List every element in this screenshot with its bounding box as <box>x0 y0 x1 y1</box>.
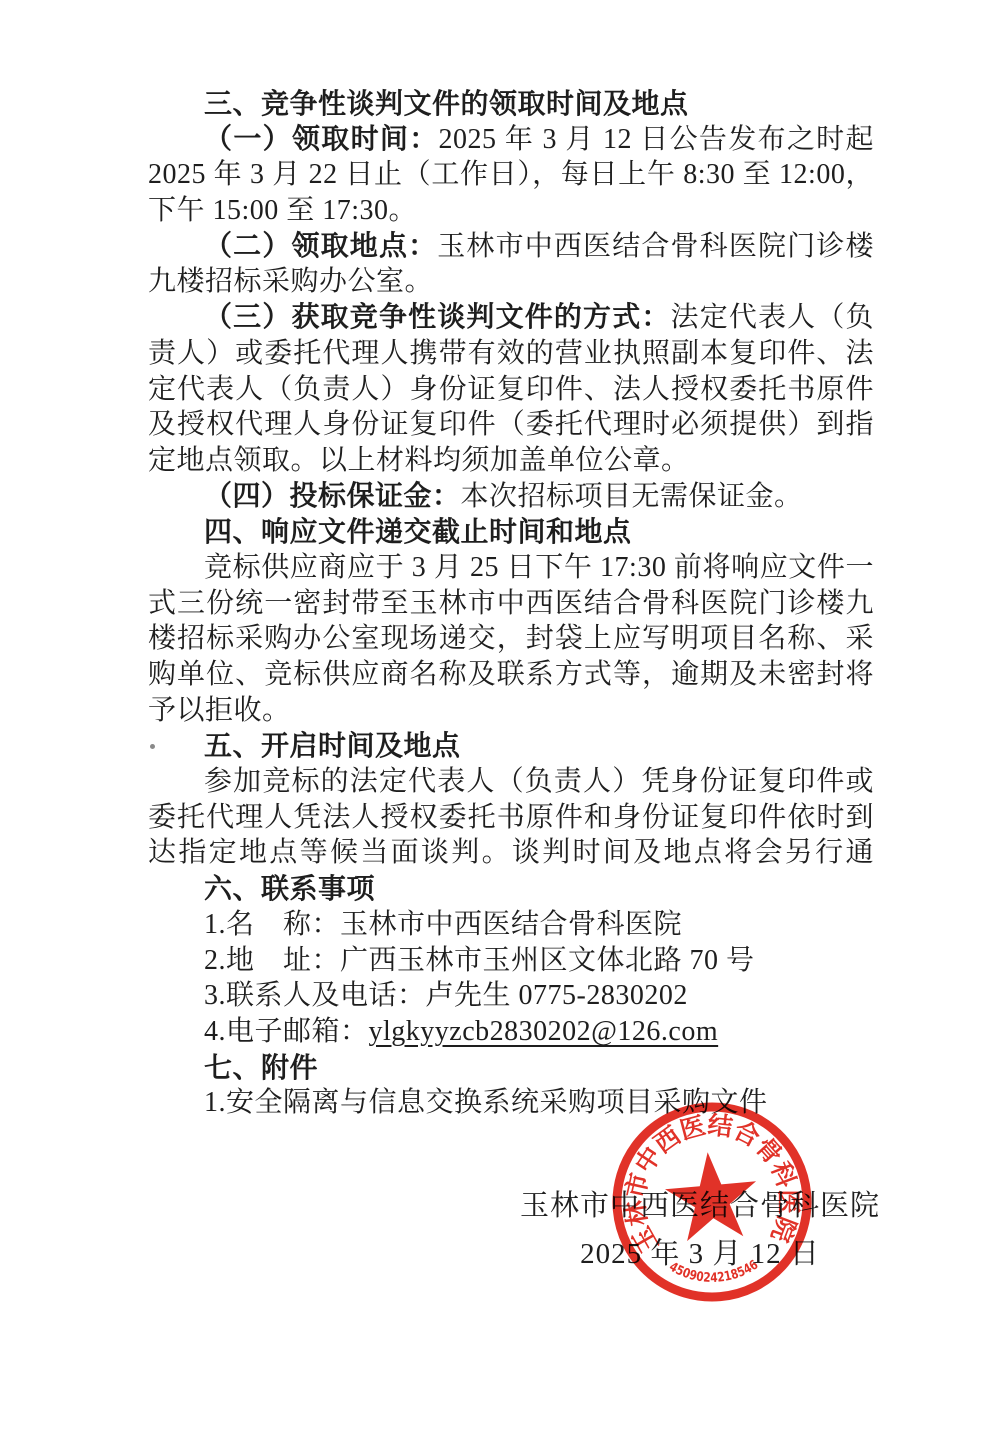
text-segment: 4.电子邮箱： <box>204 1016 369 1047</box>
text-line: 1.安全隔离与信息交换系统采购项目采购文件 <box>148 1085 874 1121</box>
text-segment: 及授权代理人身份证复印件（委托代理时必须提供）到指 <box>148 409 874 440</box>
text-line: （三）获取竞争性谈判文件的方式：法定代表人（负 <box>148 300 874 336</box>
text-line: （四）投标保证金：本次招标项目无需保证金。 <box>148 479 874 515</box>
text-line: 购单位、竞标供应商名称及联系方式等，逾期及未密封将 <box>148 657 874 693</box>
text-line: 1.名 称：玉林市中西医结合骨科医院 <box>148 907 874 943</box>
section-heading: 六、联系事项 <box>148 871 874 907</box>
section-heading: 五、开启时间及地点 <box>148 728 874 764</box>
text-segment: 三、竞争性谈判文件的领取时间及地点 <box>204 88 689 119</box>
text-line: 2.地 址：广西玉林市玉州区文体北路 70 号 <box>148 943 874 979</box>
text-segment: 责人）或委托代理人携带有效的营业执照副本复印件、法 <box>148 338 874 369</box>
text-line: 予以拒收。 <box>148 693 874 729</box>
text-segment: （四）投标保证金： <box>204 481 461 512</box>
section-heading: 四、响应文件递交截止时间和地点 <box>148 514 874 550</box>
email-text: ylgkyyzcb2830202@126.com <box>369 1016 719 1047</box>
text-segment: 参加竞标的法定代表人（负责人）凭身份证复印件或 <box>204 766 874 797</box>
signature-block: 玉林市中西医结合骨科医院 2025 年 3 月 12 日 <box>460 1182 940 1278</box>
text-segment: （一）领取时间： <box>204 124 439 155</box>
text-segment: 玉林市中西医结合骨科医院门诊楼 <box>437 231 874 262</box>
text-line: 竞标供应商应于 3 月 25 日下午 17:30 前将响应文件一 <box>148 550 874 586</box>
text-line: 定地点领取。以上材料均须加盖单位公章。 <box>148 443 874 479</box>
text-line: 及授权代理人身份证复印件（委托代理时必须提供）到指 <box>148 407 874 443</box>
text-segment: 法定代表人（负 <box>671 302 874 333</box>
text-line: 3.联系人及电话：卢先生 0775-2830202 <box>148 978 874 1014</box>
text-line: 九楼招标采购办公室。 <box>148 264 874 300</box>
text-segment: 委托代理人凭法人授权委托书原件和身份证复印件依时到 <box>148 802 874 833</box>
text-line: 4.电子邮箱：ylgkyyzcb2830202@126.com <box>148 1014 874 1050</box>
text-segment: 1.名 称：玉林市中西医结合骨科医院 <box>204 909 682 940</box>
text-line: 式三份统一密封带至玉林市中西医结合骨科医院门诊楼九 <box>148 586 874 622</box>
section-heading: 七、附件 <box>148 1050 874 1086</box>
text-segment: （二）领取地点： <box>204 231 437 262</box>
text-segment: 竞标供应商应于 3 月 25 日下午 17:30 前将响应文件一 <box>204 552 874 583</box>
text-line: 2025 年 3 月 22 日止（工作日），每日上午 8:30 至 12:00， <box>148 157 874 193</box>
text-segment: 五、开启时间及地点 <box>204 730 461 761</box>
stray-mark <box>150 744 155 749</box>
text-segment: 定代表人（负责人）身份证复印件、法人授权委托书原件 <box>148 374 874 405</box>
text-segment: 六、联系事项 <box>204 873 375 904</box>
text-line: 委托代理人凭法人授权委托书原件和身份证复印件依时到 <box>148 800 874 836</box>
text-segment: 定地点领取。以上材料均须加盖单位公章。 <box>148 445 690 476</box>
text-line: 定代表人（负责人）身份证复印件、法人授权委托书原件 <box>148 372 874 408</box>
text-segment: 2.地 址：广西玉林市玉州区文体北路 70 号 <box>204 945 755 976</box>
document-body: 三、竞争性谈判文件的领取时间及地点（一）领取时间：2025 年 3 月 12 日… <box>148 86 874 1121</box>
text-segment: 四、响应文件递交截止时间和地点 <box>204 516 632 547</box>
text-line: （一）领取时间：2025 年 3 月 12 日公告发布之时起至 <box>148 122 874 158</box>
section-heading: 三、竞争性谈判文件的领取时间及地点 <box>148 86 874 122</box>
text-segment: 1.安全隔离与信息交换系统采购项目采购文件 <box>204 1087 768 1118</box>
text-line: 楼招标采购办公室现场递交，封袋上应写明项目名称、采 <box>148 621 874 657</box>
text-segment: 式三份统一密封带至玉林市中西医结合骨科医院门诊楼九 <box>148 588 874 619</box>
text-segment: 下午 15:00 至 17:30。 <box>148 195 417 226</box>
signature-date: 2025 年 3 月 12 日 <box>460 1230 940 1278</box>
scanned-document-page: { "colors": { "page_bg": "#ffffff", "tex… <box>0 0 1000 1430</box>
text-line: 参加竞标的法定代表人（负责人）凭身份证复印件或 <box>148 764 874 800</box>
text-segment: 九楼招标采购办公室。 <box>148 266 433 297</box>
text-segment: 购单位、竞标供应商名称及联系方式等，逾期及未密封将 <box>148 659 874 690</box>
text-line: （二）领取地点：玉林市中西医结合骨科医院门诊楼 <box>148 229 874 265</box>
text-segment: 3.联系人及电话：卢先生 0775-2830202 <box>204 980 688 1011</box>
text-line: 责人）或委托代理人携带有效的营业执照副本复印件、法 <box>148 336 874 372</box>
text-segment: 达指定地点等候当面谈判。谈判时间及地点将会另行通知。 <box>148 837 874 871</box>
text-segment: 本次招标项目无需保证金。 <box>461 481 803 512</box>
text-line: 下午 15:00 至 17:30。 <box>148 193 874 229</box>
text-segment: 2025 年 3 月 22 日止（工作日），每日上午 8:30 至 12:00， <box>148 159 874 190</box>
text-line: 达指定地点等候当面谈判。谈判时间及地点将会另行通知。 <box>148 835 874 871</box>
text-segment: 楼招标采购办公室现场递交，封袋上应写明项目名称、采 <box>148 623 874 654</box>
text-segment: （三）获取竞争性谈判文件的方式： <box>204 302 671 333</box>
text-segment: 七、附件 <box>204 1052 318 1083</box>
signature-org: 玉林市中西医结合骨科医院 <box>460 1182 940 1230</box>
text-segment: 予以拒收。 <box>148 695 291 726</box>
